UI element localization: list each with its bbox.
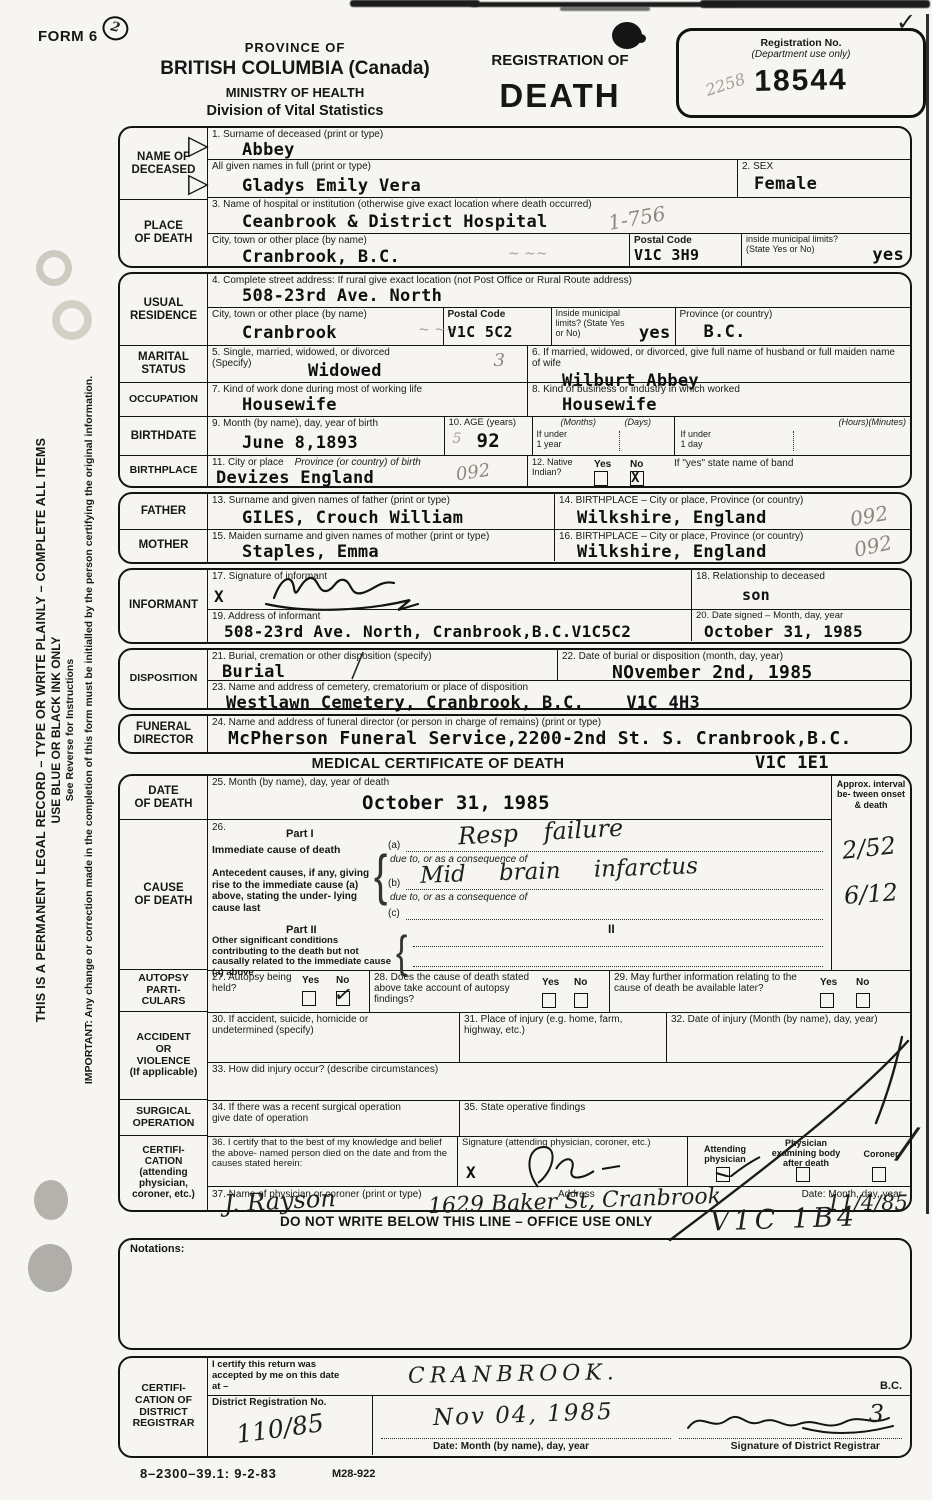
q28-yes-checkbox (542, 993, 556, 1008)
q29-yes-label: Yes (820, 977, 837, 988)
informant-signature (260, 570, 440, 612)
section-label-birthdate: BIRTHDATE (120, 417, 207, 456)
under-year-label: If under 1 year (537, 430, 568, 450)
scan-smudge (350, 0, 480, 7)
registration-of: REGISTRATION OF (440, 52, 680, 69)
pen-slash (348, 650, 366, 680)
cause-b-dueto: due to, or as a consequence of (390, 892, 527, 903)
cemetery-postal: V1C 4H3 (626, 693, 700, 713)
pod-postal-value: V1C 3H9 (634, 246, 737, 264)
form-code-2: M28-922 (332, 1468, 375, 1480)
q29-no-checkbox (856, 993, 870, 1008)
interval-a-value: 2/52 (841, 831, 898, 864)
g2-labels: USUAL RESIDENCE MARITAL STATUS OCCUPATIO… (120, 274, 208, 486)
given-names-label: All given names in full (print or type) (212, 161, 733, 172)
scan-smudge (700, 0, 930, 8)
pod-city-pencil: ~ ~~ (508, 246, 548, 262)
registrar-accept-label: I certify this return was accepted by me… (212, 1360, 342, 1393)
cause-roman2: II (608, 922, 615, 936)
autopsy-q28-label: 28. Does the cause of death stated above… (374, 972, 534, 1006)
native-no-checkbox: X (630, 471, 644, 486)
age-value: 92 (477, 430, 528, 452)
autopsy-yes-checkbox (302, 991, 316, 1006)
section-label-occupation: OCCUPATION (120, 383, 207, 417)
pod-limits-value: yes (872, 245, 904, 265)
cause-a-value: Resp failure (457, 814, 624, 851)
cause-a-label: (a) (388, 840, 400, 851)
cert-statement: 36. I certify that to the best of my kno… (212, 1138, 453, 1170)
section-residence-birth: USUAL RESIDENCE MARITAL STATUS OCCUPATIO… (118, 272, 912, 488)
date-signed-value: October 31, 1985 (704, 622, 906, 641)
margin-line1: THIS IS A PERMANENT LEGAL RECORD – TYPE … (34, 375, 48, 1085)
section-label-district-registrar: CERTIFI- CATION OF DISTRICT REGISTRAR (120, 1358, 207, 1455)
birthdate-label: 9. Month (by name), day, year of birth (212, 418, 440, 429)
cause-b-line (406, 889, 823, 890)
autopsy-no-checkmark: ✓ (332, 982, 354, 1010)
notations-label: Notations: (130, 1243, 184, 1255)
marital-status-pencil: 3 (494, 350, 505, 371)
native-yes-checkbox (594, 471, 608, 486)
surname-value: Abbey (242, 140, 906, 160)
cause-b-label: (b) (388, 878, 400, 889)
informant-address-value: 508-23rd Ave. North, Cranbrook,B.C.V1C5C… (224, 622, 687, 641)
section-label-funeral-director: FUNERAL DIRECTOR (120, 716, 207, 751)
mother-name-label: 15. Maiden surname and given names of mo… (212, 531, 550, 542)
informant-address-label: 19. Address of informant (212, 611, 687, 622)
res-city-value: Cranbrook (242, 323, 439, 343)
cause-a-line (406, 851, 823, 852)
res-limits-value: yes (639, 323, 671, 343)
section-funeral-director: FUNERAL DIRECTOR 24. Name and address of… (118, 714, 912, 754)
section-label-certification: CERTIFI- CATION (attending physician, co… (120, 1136, 207, 1209)
margin-instructions: THIS IS A PERMANENT LEGAL RECORD – TYPE … (34, 375, 95, 1085)
accident-q31-label: 31. Place of injury (e.g. home, farm, hi… (464, 1014, 634, 1036)
registrar-date-line (381, 1438, 671, 1439)
section-label-mother: MOTHER (120, 530, 207, 561)
section-label-marital-status: MARITAL STATUS (120, 346, 207, 383)
accident-q32-label: 32. Date of injury (Month (by name), day… (671, 1014, 906, 1025)
section-label-surgical: SURGICAL OPERATION (120, 1100, 207, 1136)
cemetery-value: Westlawn Cemetery, Cranbrook, B.C. V1C 4… (226, 693, 906, 713)
cause-c-label: (c) (388, 908, 400, 919)
sex-label: 2. SEX (742, 161, 906, 172)
surname-label: 1. Surname of deceased (print or type) (212, 129, 906, 140)
death-title: DEATH (440, 77, 680, 115)
reg-no-sublabel: (Department use only) (679, 49, 923, 60)
accident-q30-label: 30. If accident, suicide, homicide or un… (212, 1014, 422, 1036)
margin-line2: USE BLUE OR BLACK INK ONLY (49, 375, 63, 1085)
cause-c-line (406, 919, 823, 920)
district-no-label: District Registration No. (212, 1397, 368, 1408)
mother-name-value: Staples, Emma (242, 542, 550, 562)
birthplace-city-label: 11. City or place (212, 457, 284, 468)
birthdate-value: June 8,1893 (242, 433, 440, 453)
res-province-label: Province (or country) (680, 309, 907, 320)
birthplace-province-label: Province (or country) of birth (295, 457, 421, 468)
work-label: 7. Kind of work done during most of work… (212, 384, 523, 395)
ministry: MINISTRY OF HEALTH (130, 85, 460, 100)
scan-smudge (560, 7, 650, 11)
section-label-autopsy: AUTOPSY PARTI- CULARS (120, 970, 207, 1012)
examining-checkbox (796, 1167, 810, 1182)
interval-label: Approx. interval be- tween onset & death (832, 776, 910, 813)
registrar-date-label: Date: Month (by name), day, year (433, 1441, 589, 1452)
section-label-birthplace: BIRTHPLACE (120, 456, 207, 486)
office-use-hw: V1C 1B4 (710, 1201, 859, 1237)
surgical-q34-label: 34. If there was a recent surgical opera… (212, 1102, 412, 1124)
physician-name-hw: J. Rayson (223, 1184, 336, 1218)
native-yes-label: Yes (594, 459, 611, 470)
autopsy-q27-label: 27. Autopsy being held? (212, 972, 298, 994)
registrar-place-hw: CRANBROOK. (408, 1360, 619, 1389)
accident-q33-label: 33. How did injury occur? (describe circ… (212, 1064, 906, 1075)
res-postal-value: V1C 5C2 (448, 323, 547, 341)
cemetery-name: Westlawn Cemetery, Cranbrook, B.C. (226, 693, 584, 713)
disposition-type-value: Burial (222, 662, 553, 682)
relationship-value: son (742, 586, 906, 604)
section-label-date-of-death: DATE OF DEATH (120, 776, 207, 820)
q29-no-label: No (856, 977, 869, 988)
arrow-mark-icon: ▷ (188, 130, 209, 161)
pod-city-label: City, town or other place (by name) (212, 235, 625, 246)
surgical-q35-label: 35. State operative findings (464, 1102, 906, 1113)
hospital-value: Ceanbrook & District Hospital (242, 212, 906, 232)
q29-yes-checkbox (820, 993, 834, 1008)
age-label: 10. AGE (years) (449, 418, 528, 428)
cemetery-label: 23. Name and address of cemetery, cremat… (212, 682, 906, 693)
margin-important: IMPORTANT: Any change or correction made… (83, 375, 95, 1085)
cause-other-line1 (413, 946, 823, 947)
q28-no-label: No (574, 977, 587, 988)
scan-mark (52, 300, 92, 340)
months-label: (Months) (561, 418, 597, 428)
death-date-value: October 31, 1985 (362, 792, 827, 814)
marital-status-value: Widowed (308, 361, 382, 381)
registrar-signature-label: Signature of District Registrar (731, 1441, 880, 1453)
days-label: (Days) (625, 418, 652, 428)
margin-line3: See Reverse for Instructions (64, 375, 76, 1085)
form-code: 8–2300–39.1: 9-2-83 (140, 1466, 277, 1481)
issuing-authority: PROVINCE OF BRITISH COLUMBIA (Canada) MI… (130, 40, 460, 119)
province-of: PROVINCE OF (130, 40, 460, 55)
scan-mark (34, 1180, 68, 1220)
section-informant: INFORMANT 17. Signature of informant X 1… (118, 568, 912, 644)
father-name-label: 13. Surname and given names of father (p… (212, 495, 550, 506)
funeral-director-value: McPherson Funeral Service,2200-2nd St. S… (228, 728, 906, 749)
registrar-date-hw: Nov 04, 1985 (433, 1399, 615, 1431)
section-parents: FATHER MOTHER 13. Surname and given name… (118, 492, 912, 564)
pod-limits-label: inside municipal limits? (State Yes or N… (746, 235, 846, 255)
native-no-label: No (630, 459, 643, 470)
dotted-divider (619, 431, 620, 451)
coroner-checkbox (872, 1167, 886, 1182)
native-no-x: X (631, 470, 639, 486)
section-disposition: DISPOSITION 21. Burial, cremation or oth… (118, 648, 912, 710)
street-label: 4. Complete street address: If rural giv… (212, 275, 906, 286)
q28-yes-label: Yes (542, 977, 559, 988)
spouse-label: 6. If married, widowed, or divorced, giv… (532, 347, 906, 369)
section-label-usual-residence: USUAL RESIDENCE (120, 274, 207, 346)
section-medical-certificate: DATE OF DEATH CAUSE OF DEATH AUTOPSY PAR… (118, 774, 912, 1212)
cert-coroner-label: Coroner (856, 1149, 906, 1159)
interval-b-value: 6/12 (843, 878, 899, 910)
cause-of-death-grid: 26. Part I Immediate cause of death (a) … (208, 820, 831, 970)
dotted-divider (793, 431, 794, 451)
res-city-label: City, town or other place (by name) (212, 309, 439, 320)
res-postal-label: Postal Code (448, 309, 547, 320)
pod-city-value: Cranbrook, B.C. (242, 247, 625, 267)
father-name-value: GILES, Crouch William (242, 508, 550, 528)
form-number-text: FORM 6 (38, 28, 98, 45)
section-name-place: NAME OF DECEASED PLACE OF DEATH 1. Surna… (118, 126, 912, 268)
registrar-bc-label: B.C. (880, 1380, 902, 1392)
medical-certificate-heading: MEDICAL CERTIFICATE OF DEATH (118, 756, 758, 772)
disposition-date-label: 22. Date of burial or disposition (month… (562, 651, 906, 662)
band-label: If "yes" state name of band (674, 458, 793, 469)
pod-postal-label: Postal Code (634, 235, 737, 246)
section-label-accident: ACCIDENT OR VIOLENCE (If applicable) (120, 1012, 207, 1100)
section-label-disposition: DISPOSITION (120, 650, 207, 707)
notations-box: Notations: (118, 1238, 912, 1350)
funeral-director-label: 24. Name and address of funeral director… (212, 717, 906, 728)
document-title: REGISTRATION OF DEATH (440, 52, 680, 115)
disposition-type-label: 21. Burial, cremation or other dispositi… (212, 651, 553, 662)
cause-other-line2 (413, 966, 823, 967)
cause-antecedent-label: Antecedent causes, if any, giving rise t… (212, 868, 380, 914)
brace: { (374, 845, 387, 908)
hours-minutes-label: (Hours)(Minutes) (838, 418, 906, 428)
section-label-place-of-death: PLACE OF DEATH (120, 200, 207, 266)
relationship-label: 18. Relationship to deceased (696, 571, 906, 582)
industry-value: Housewife (562, 395, 906, 415)
autopsy-yes-label: Yes (302, 975, 319, 986)
registrar-sig-line (679, 1438, 902, 1439)
cert-x-mark: X (466, 1163, 476, 1182)
given-names-value: Gladys Emily Vera (242, 176, 733, 196)
form-number: FORM 62 (38, 26, 126, 50)
division: Division of Vital Statistics (130, 103, 460, 119)
q28-no-checkbox (574, 993, 588, 1008)
medical-heading-postal: V1C 1E1 (755, 753, 829, 773)
street-value: 508-23rd Ave. North (242, 286, 906, 306)
registration-number-box: Registration No. (Department use only) 1… (676, 28, 926, 118)
age-pencil: 5 (453, 431, 462, 447)
section-label-informant: INFORMANT (120, 570, 207, 641)
native-indian-label: 12. Native Indian? (532, 458, 573, 478)
registrar-signature-suffix: 3 (869, 1400, 884, 1428)
autopsy-q29-label: 29. May further information relating to … (614, 972, 804, 994)
scan-mark (28, 1244, 72, 1292)
scan-edge-line (926, 14, 929, 1214)
death-date-label: 25. Month (by name), day, year of death (212, 777, 827, 788)
district-no-hw: 110/85 (234, 1408, 325, 1449)
father-birthplace-label: 14. BIRTHPLACE – City or place, Province… (559, 495, 906, 506)
office-use-line: DO NOT WRITE BELOW THIS LINE – OFFICE US… (280, 1214, 653, 1229)
cause-num: 26. (212, 822, 226, 833)
cause-immediate-label: Immediate cause of death (212, 844, 340, 856)
res-limits-label: Inside municipal limits? (State Yes or N… (556, 309, 634, 339)
sex-value: Female (754, 174, 906, 194)
attending-checkmark (712, 1153, 762, 1177)
hospital-label: 3. Name of hospital or institution (othe… (212, 199, 906, 210)
ink-blot (636, 34, 646, 43)
cert-examining-label: Physician examining body after death (764, 1139, 848, 1169)
form-annotation-circled: 2 (100, 14, 131, 44)
work-value: Housewife (242, 395, 523, 415)
under-day-label: If under 1 day (681, 430, 712, 450)
date-signed-label: 20. Date signed – Month, day, year (696, 611, 906, 622)
section-label-father: FATHER (120, 494, 207, 530)
physician-signature (498, 1139, 648, 1189)
section-district-registrar: CERTIFI- CATION OF DISTRICT REGISTRAR I … (118, 1356, 912, 1458)
interval-column: Approx. interval be- tween onset & death… (831, 776, 910, 970)
section-label-cause-of-death: CAUSE OF DEATH (120, 820, 207, 970)
res-province-value: B.C. (704, 322, 907, 342)
province-name: BRITISH COLUMBIA (Canada) (130, 58, 460, 80)
reg-no-label: Registration No. (679, 37, 923, 49)
death-registration-scan: { "common": {"yes":"Yes","no":"No","x":"… (0, 0, 932, 1500)
arrow-mark-icon: ▷ (188, 168, 209, 199)
informant-x-mark: X (214, 587, 224, 606)
industry-label: 8. Kind of business or industry in which… (532, 384, 906, 395)
scan-mark (36, 250, 72, 286)
cause-part1: Part I (286, 828, 314, 840)
